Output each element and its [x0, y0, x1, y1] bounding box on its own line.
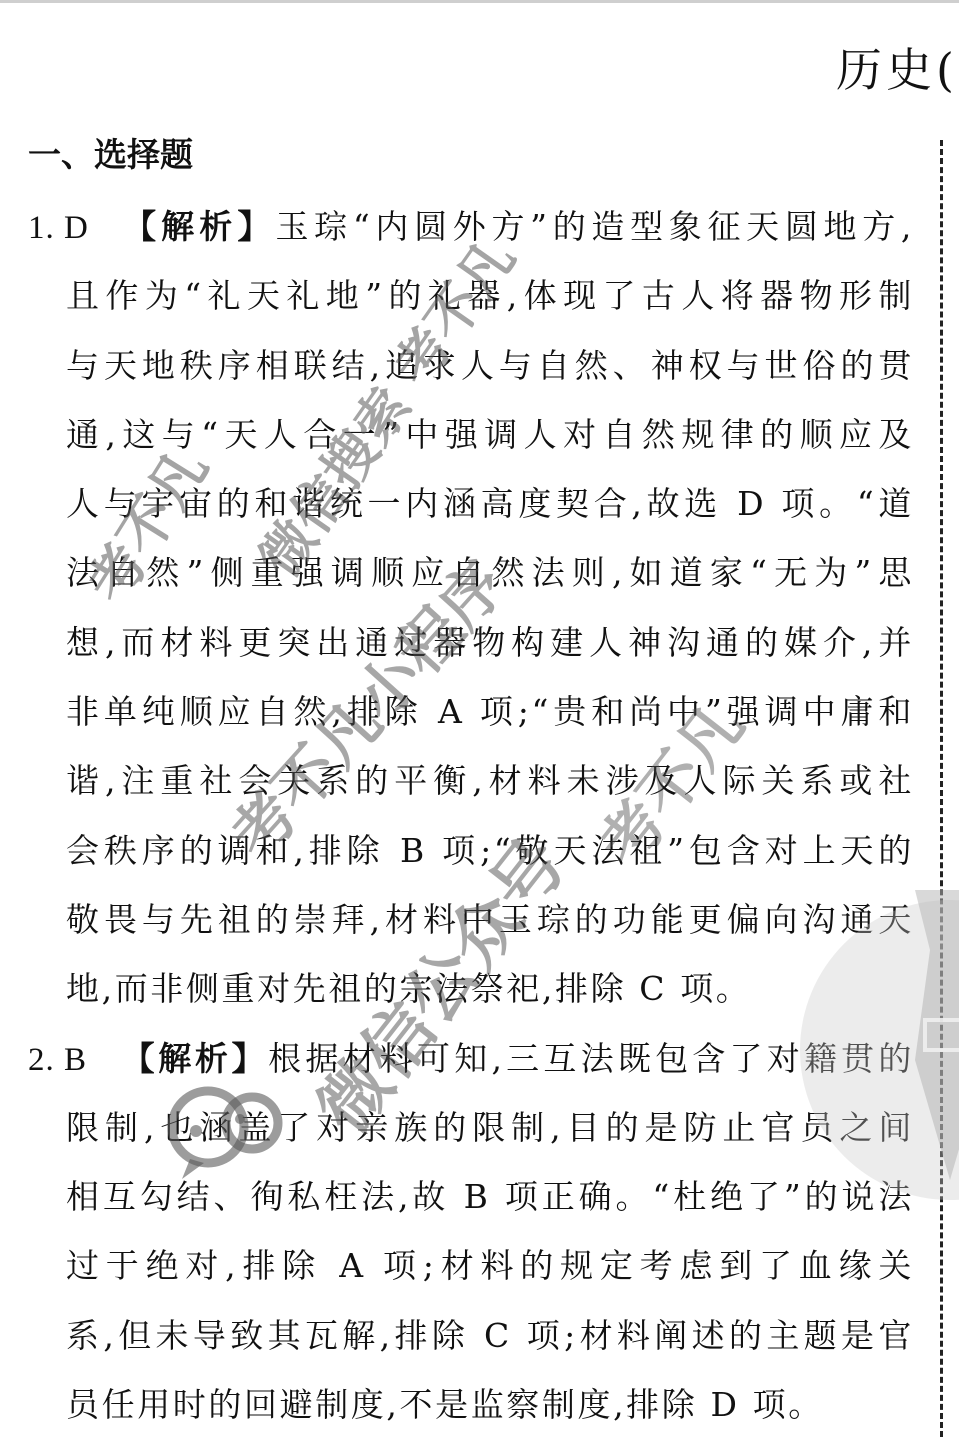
answer-line: 人与宇宙的和谐统一内涵高度契合,故选 D 项。“道: [28, 469, 914, 538]
answer-list: 1. D【解析】玉琮“内圆外方”的造型象征天圆地方, 且作为“礼天礼地”的礼器,…: [28, 192, 914, 1437]
answer-line: 员任用时的回避制度,不是监察制度,排除 D 项。: [28, 1370, 914, 1437]
analysis-tag: 【解析】: [120, 207, 275, 246]
answer-line: 想,而材料更突出通过器物构建人神沟通的媒介,并: [28, 608, 914, 677]
answer-line: 地,而非侧重对先祖的宗法祭祀,排除 C 项。: [28, 954, 914, 1023]
answer-line: 通,这与“天人合一”中强调人对自然规律的顺应及: [28, 400, 914, 469]
answer-line: 过于绝对,排除 A 项;材料的规定考虑到了血缘关: [28, 1231, 914, 1300]
answer-line: 谐,注重社会关系的平衡,材料未涉及人际关系或社: [28, 746, 914, 815]
analysis-tag: 【解析】: [120, 1039, 268, 1078]
dashed-column-divider: [940, 140, 943, 1437]
answer-line: 相互勾结、徇私枉法,故 B 项正确。“杜绝了”的说法: [28, 1162, 914, 1231]
question-number: 2. B: [28, 1026, 120, 1095]
answer-item-2: 2. B【解析】根据材料可知,三互法既包含了对籍贯的 限制,也涵盖了对亲族的限制…: [28, 1024, 914, 1437]
answer-line: 且作为“礼天礼地”的礼器,体现了古人将器物形制: [28, 261, 914, 330]
answer-line: 敬畏与先祖的崇拜,材料中玉琮的功能更偏向沟通天: [28, 885, 914, 954]
answer-text: 根据材料可知,三互法既包含了对籍贯的: [268, 1039, 914, 1078]
question-number: 1. D: [28, 194, 120, 263]
answer-line: 会秩序的调和,排除 B 项;“敬天法祖”包含对上天的: [28, 816, 914, 885]
answer-line: 非单纯顺应自然,排除 A 项;“贵和尚中”强调中庸和: [28, 677, 914, 746]
answer-line: 2. B【解析】根据材料可知,三互法既包含了对籍贯的: [28, 1024, 914, 1093]
page-header-title: 历史(: [836, 40, 958, 100]
answer-line: 限制,也涵盖了对亲族的限制,目的是防止官员之间: [28, 1093, 914, 1162]
answer-line: 1. D【解析】玉琮“内圆外方”的造型象征天圆地方,: [28, 192, 914, 261]
answer-line: 系,但未导致其瓦解,排除 C 项;材料阐述的主题是官: [28, 1301, 914, 1370]
answer-text: 玉琮“内圆外方”的造型象征天圆地方,: [275, 207, 914, 246]
answer-line: 与天地秩序相联结,追求人与自然、神权与世俗的贯: [28, 331, 914, 400]
section-title: 一、选择题: [28, 130, 193, 180]
answer-item-1: 1. D【解析】玉琮“内圆外方”的造型象征天圆地方, 且作为“礼天礼地”的礼器,…: [28, 192, 914, 1024]
top-rule: [0, 0, 959, 3]
answer-line: 法自然”侧重强调顺应自然法则,如道家“无为”思: [28, 538, 914, 607]
